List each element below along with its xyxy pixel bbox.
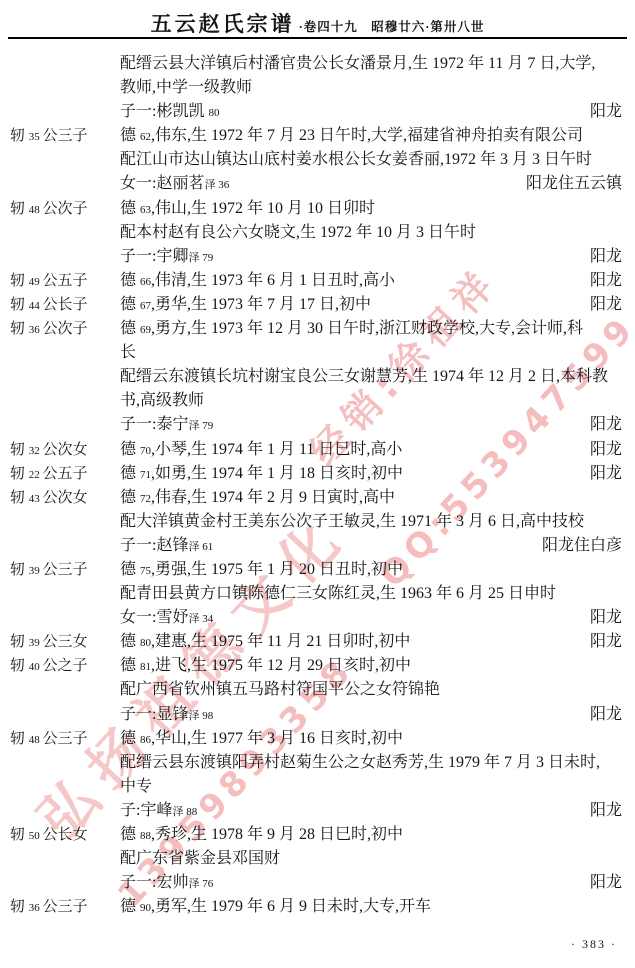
row-label [0,413,120,437]
row-right-note: 阳龙 [590,293,635,317]
row-right-note: 阳龙住白彦 [542,534,635,558]
genealogy-row: 女一:赵丽茗泽 36 阳龙住五云镇 [0,172,635,196]
genealogy-row: 女一:雪妤泽 34 阳龙 [0,606,635,630]
row-label [0,365,120,389]
row-right-note: 阳龙 [590,269,635,293]
row-label: 轫 39 公三子 [0,558,120,582]
row-text: 配大洋镇黄金村王美东公次子王敏灵,生 1971 年 3 月 6 日,高中技校 [120,510,622,534]
row-text: 德 81,进飞,生 1975 年 12 月 29 日亥时,初中 [120,654,622,678]
genealogy-row: 教师,中学一级教师 [0,76,635,100]
genealogy-row: 配本村赵有良公六女晓文,生 1972 年 10 月 3 日午时 [0,221,635,245]
row-label [0,678,120,702]
row-right-note [622,341,635,365]
row-text: 配广西省钦州镇五马路村符国平公之女符锦艳 [120,678,622,702]
row-text: 德 86,华山,生 1977 年 3 月 16 日亥时,初中 [120,727,622,751]
row-right-note [622,486,635,510]
row-right-note [622,654,635,678]
row-label: 轫 36 公三子 [0,895,120,919]
genealogy-row: 配青田县黄方口镇陈德仁三女陈红灵,生 1963 年 6 月 25 日申时 [0,582,635,606]
row-label: 轫 49 公五子 [0,269,120,293]
genealogy-row: 配江山市达山镇达山底村姜水根公长女姜香丽,1972 年 3 月 3 日午时 [0,148,635,172]
page-header: 五云赵氏宗谱·卷四十九 昭穆廿六·第卅八世 [0,8,635,38]
row-text: 德 67,勇华,生 1973 年 7 月 17 日,初中 [120,293,590,317]
row-right-note [622,510,635,534]
book-title: 五云赵氏宗谱 [151,12,295,36]
row-label: 轫 44 公长子 [0,293,120,317]
genealogy-row: 轫 48 公三子 德 86,华山,生 1977 年 3 月 16 日亥时,初中 [0,727,635,751]
row-label: 轫 50 公长女 [0,823,120,847]
genealogy-row: 轫 39 公三子 德 75,勇强,生 1975 年 1 月 20 日丑时,初中 [0,558,635,582]
row-right-note: 阳龙住五云镇 [526,172,635,196]
row-label [0,799,120,823]
row-label [0,582,120,606]
genealogy-row: 轫 22 公五子 德 71,如勇,生 1974 年 1 月 18 日亥时,初中 … [0,462,635,486]
row-label [0,871,120,895]
row-right-note [622,197,635,221]
row-right-note [622,847,635,871]
row-right-note [622,727,635,751]
row-text: 配缙云东渡镇长坑村谢宝良公三女谢慧芳,生 1974 年 12 月 2 日,本科教 [120,365,622,389]
row-text: 子一:赵锋泽 61 [120,534,542,558]
row-text: 长 [120,341,622,365]
genealogy-row: 长 [0,341,635,365]
row-label: 轫 22 公五子 [0,462,120,486]
genealogy-row: 配大洋镇黄金村王美东公次子王敏灵,生 1971 年 3 月 6 日,高中技校 [0,510,635,534]
row-right-note [622,221,635,245]
row-text: 配江山市达山镇达山底村姜水根公长女姜香丽,1972 年 3 月 3 日午时 [120,148,622,172]
row-text: 德 90,勇军,生 1979 年 6 月 9 日未时,大专,开车 [120,895,622,919]
header-divider [8,37,627,39]
row-text: 德 75,勇强,生 1975 年 1 月 20 日丑时,初中 [120,558,622,582]
genealogy-row: 配缙云东渡镇长坑村谢宝良公三女谢慧芳,生 1974 年 12 月 2 日,本科教 [0,365,635,389]
row-right-note: 阳龙 [590,462,635,486]
row-right-note [622,76,635,100]
row-text: 德 80,建惠,生 1975 年 11 月 21 日卯时,初中 [120,630,590,654]
genealogy-row: 轫 40 公之子 德 81,进飞,生 1975 年 12 月 29 日亥时,初中 [0,654,635,678]
row-text: 配本村赵有良公六女晓文,生 1972 年 10 月 3 日午时 [120,221,622,245]
genealogy-row: 轫 35 公三子 德 62,伟东,生 1972 年 7 月 23 日午时,大学,… [0,124,635,148]
row-text: 德 62,伟东,生 1972 年 7 月 23 日午时,大学,福建省神舟拍卖有限… [120,124,622,148]
row-right-note [622,389,635,413]
row-label [0,100,120,124]
row-text: 德 66,伟清,生 1973 年 6 月 1 日丑时,高小 [120,269,590,293]
row-label [0,148,120,172]
row-text: 德 72,伟春,生 1974 年 2 月 9 日寅时,高中 [120,486,622,510]
row-right-note [622,823,635,847]
genealogy-row: 书,高级教师 [0,389,635,413]
row-text: 女一:赵丽茗泽 36 [120,172,526,196]
row-text: 德 69,勇方,生 1973 年 12 月 30 日午时,浙江财政学校,大专,会… [120,317,622,341]
genealogy-row: 子一:显锋泽 98 阳龙 [0,703,635,727]
row-label: 轫 48 公次子 [0,197,120,221]
genealogy-row: 轫 43 公次女 德 72,伟春,生 1974 年 2 月 9 日寅时,高中 [0,486,635,510]
row-text: 子一:彬凯凯 80 [120,100,590,124]
genealogy-row: 轫 50 公长女 德 88,秀珍,生 1978 年 9 月 28 日巳时,初中 [0,823,635,847]
genealogy-page: 弘扬祖德文化经销:徐祖祥QQ:55394759913959893358 五云赵氏… [0,0,635,968]
row-label [0,52,120,76]
row-text: 书,高级教师 [120,389,622,413]
volume-subtitle: ·卷四十九 昭穆廿六·第卅八世 [299,20,485,34]
row-text: 子一:显锋泽 98 [120,703,590,727]
row-text: 德 88,秀珍,生 1978 年 9 月 28 日巳时,初中 [120,823,622,847]
row-right-note: 阳龙 [590,630,635,654]
row-right-note: 阳龙 [590,413,635,437]
row-label [0,245,120,269]
row-label: 轫 35 公三子 [0,124,120,148]
row-label: 轫 43 公次女 [0,486,120,510]
genealogy-row: 子一:赵锋泽 61 阳龙住白彦 [0,534,635,558]
row-label [0,341,120,365]
row-right-note: 阳龙 [590,703,635,727]
row-text: 女一:雪妤泽 34 [120,606,590,630]
row-text: 子一:宏帅泽 76 [120,871,590,895]
row-text: 配缙云县东渡镇阳弄村赵菊生公之女赵秀芳,生 1979 年 7 月 3 日未时, [120,751,622,775]
genealogy-row: 轫 32 公次女 德 70,小琴,生 1974 年 1 月 11 日巳时,高小 … [0,438,635,462]
row-label: 轫 40 公之子 [0,654,120,678]
row-right-note [622,678,635,702]
genealogy-row: 配广东省紫金县邓国财 [0,847,635,871]
row-label [0,751,120,775]
row-right-note [622,148,635,172]
row-label [0,703,120,727]
row-label [0,172,120,196]
row-right-note: 阳龙 [590,438,635,462]
genealogy-row: 轫 36 公次子 德 69,勇方,生 1973 年 12 月 30 日午时,浙江… [0,317,635,341]
row-label [0,221,120,245]
row-text: 配广东省紫金县邓国财 [120,847,622,871]
row-text: 子一:泰宁泽 79 [120,413,590,437]
genealogy-row: 中专 [0,775,635,799]
genealogy-row: 轫 36 公三子 德 90,勇军,生 1979 年 6 月 9 日未时,大专,开… [0,895,635,919]
row-label: 轫 36 公次子 [0,317,120,341]
genealogy-row: 轫 44 公长子 德 67,勇华,生 1973 年 7 月 17 日,初中 阳龙 [0,293,635,317]
row-right-note [622,317,635,341]
genealogy-row: 子:宇峰泽 88 阳龙 [0,799,635,823]
row-label [0,389,120,413]
row-label: 轫 32 公次女 [0,438,120,462]
row-label: 轫 48 公三子 [0,727,120,751]
row-right-note: 阳龙 [590,799,635,823]
row-right-note [622,895,635,919]
row-right-note: 阳龙 [590,871,635,895]
genealogy-row: 轫 48 公次子 德 63,伟山,生 1972 年 10 月 10 日卯时 [0,197,635,221]
genealogy-row: 轫 39 公三女 德 80,建惠,生 1975 年 11 月 21 日卯时,初中… [0,630,635,654]
row-label: 轫 39 公三女 [0,630,120,654]
genealogy-row: 子一:泰宁泽 79 阳龙 [0,413,635,437]
genealogy-row: 配广西省钦州镇五马路村符国平公之女符锦艳 [0,678,635,702]
row-text: 教师,中学一级教师 [120,76,622,100]
genealogy-row: 轫 49 公五子 德 66,伟清,生 1973 年 6 月 1 日丑时,高小 阳… [0,269,635,293]
row-right-note [622,124,635,148]
row-right-note [622,775,635,799]
row-right-note [622,582,635,606]
row-label [0,606,120,630]
page-body: 配缙云县大洋镇后村潘官贵公长女潘景月,生 1972 年 11 月 7 日,大学,… [0,52,635,919]
row-right-note [622,558,635,582]
row-text: 配青田县黄方口镇陈德仁三女陈红灵,生 1963 年 6 月 25 日申时 [120,582,622,606]
row-text: 中专 [120,775,622,799]
genealogy-row: 子一:宏帅泽 76 阳龙 [0,871,635,895]
row-text: 德 70,小琴,生 1974 年 1 月 11 日巳时,高小 [120,438,590,462]
genealogy-row: 配缙云县东渡镇阳弄村赵菊生公之女赵秀芳,生 1979 年 7 月 3 日未时, [0,751,635,775]
row-right-note [622,751,635,775]
genealogy-row: 子一:彬凯凯 80 阳龙 [0,100,635,124]
row-right-note: 阳龙 [590,245,635,269]
page-number: · 383 · [571,937,617,952]
row-label [0,775,120,799]
genealogy-row: 配缙云县大洋镇后村潘官贵公长女潘景月,生 1972 年 11 月 7 日,大学, [0,52,635,76]
row-label [0,76,120,100]
row-label [0,534,120,558]
row-right-note: 阳龙 [590,100,635,124]
row-text: 配缙云县大洋镇后村潘官贵公长女潘景月,生 1972 年 11 月 7 日,大学, [120,52,622,76]
row-right-note [622,52,635,76]
row-text: 德 63,伟山,生 1972 年 10 月 10 日卯时 [120,197,622,221]
row-text: 德 71,如勇,生 1974 年 1 月 18 日亥时,初中 [120,462,590,486]
genealogy-row: 子一:宇卿泽 79 阳龙 [0,245,635,269]
row-label [0,510,120,534]
row-label [0,847,120,871]
row-right-note: 阳龙 [590,606,635,630]
row-text: 子一:宇卿泽 79 [120,245,590,269]
row-right-note [622,365,635,389]
row-text: 子:宇峰泽 88 [120,799,590,823]
